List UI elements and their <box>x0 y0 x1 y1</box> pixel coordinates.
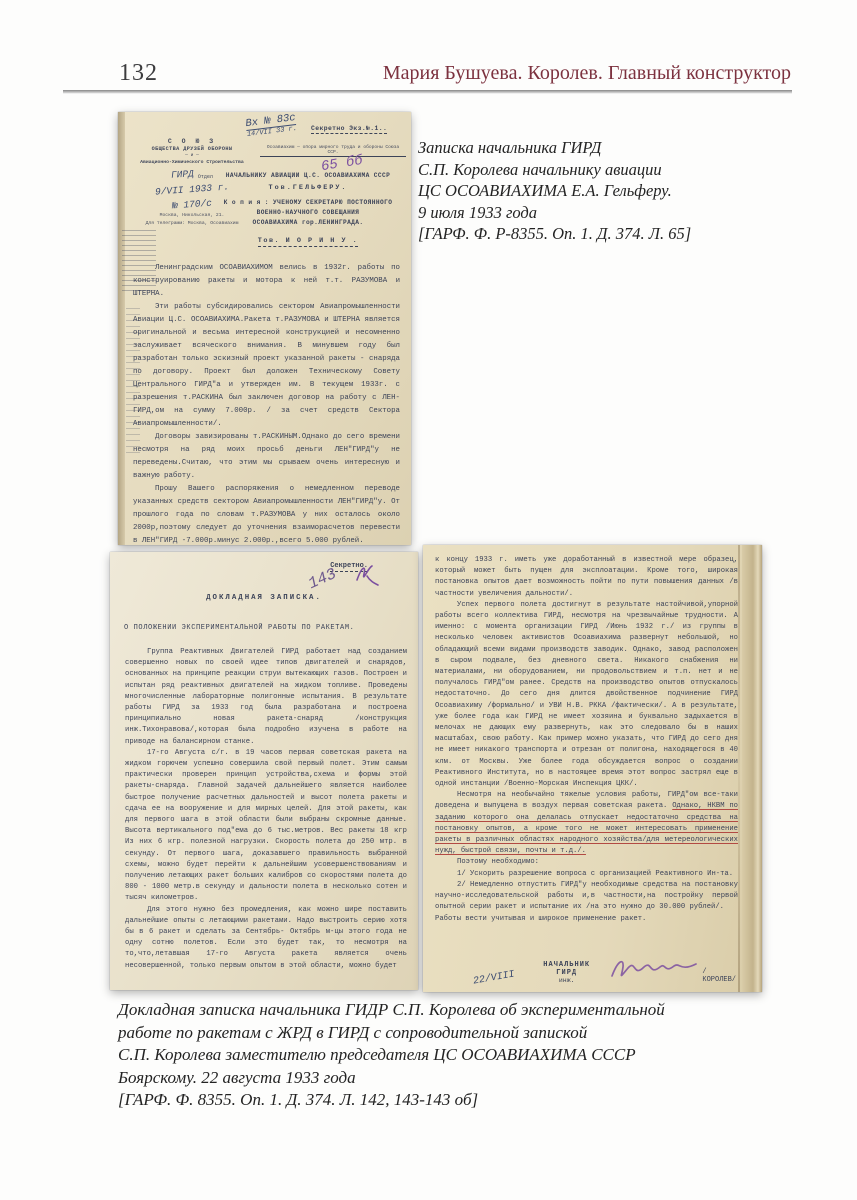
paragraph: Несмотря на необычайно тяжелые условия р… <box>435 790 738 857</box>
signature-block: 22/VIII НАЧАЛЬНИК ГИРД инж. /КОРОЛЕВ/ <box>435 954 738 984</box>
caption-line: ЦС ОСОАВИАХИМА Е.А. Гельферу. <box>418 180 788 202</box>
handwritten-folio-number: 143 <box>306 565 340 593</box>
letter-body: Ленинградским ОСОАВИАХИМОМ велись в 1932… <box>133 262 400 545</box>
letterhead-org: ОБЩЕСТВА ДРУЗЕЙ ОБОРОНЫ <box>128 146 256 152</box>
scan-letter-gird: С О Ю З ОБЩЕСТВА ДРУЗЕЙ ОБОРОНЫ — и — Ав… <box>118 112 411 545</box>
caption-line: Боярскому. 22 августа 1933 года <box>118 1067 768 1090</box>
signature-name: /КОРОЛЕВ/ <box>702 968 736 984</box>
scan-edge <box>118 112 125 545</box>
list-item: 2/ Немедленно отпустить ГИРД"у необходим… <box>435 880 738 914</box>
report-body: Группа Реактивных Двигателей ГИРД работа… <box>125 647 407 972</box>
letterhead-org: Авиационно-Химического Строительства <box>128 160 256 165</box>
paragraph: Успех первого полета достигнут в результ… <box>435 600 738 790</box>
header-rule <box>63 90 792 94</box>
running-title: Мария Бушуева. Королев. Главный конструк… <box>191 62 791 85</box>
handwritten-dept: ГИРД <box>171 168 195 181</box>
incoming-registration-note: Вх № 83с 14/VII 33 г. <box>245 112 298 139</box>
copy-line: ВОЕННО-НАУЧНОГО СОВЕЩАНИЯ <box>210 209 406 216</box>
secret-stamp: Секретно Экз.№.1.. <box>311 125 387 134</box>
letterhead-org: — и — <box>128 153 256 158</box>
copy-line: К о п и я : УЧЕНОМУ СЕКРЕТАРЮ ПОСТОЯННОГ… <box>210 199 406 206</box>
paragraph: Работы вести учитывая и широкое применен… <box>435 914 738 925</box>
page-number: 132 <box>119 60 158 87</box>
signoff-rank: инж. <box>537 977 596 984</box>
handwritten-number: № 170/с <box>172 198 213 212</box>
scan-report-page2: к концу 1933 г. иметь уже доработанный в… <box>423 545 762 992</box>
caption-line: Докладная записка начальника ГИДР С.П. К… <box>118 999 768 1022</box>
paragraph: Ленинградским ОСОАВИАХИМОМ велись в 1932… <box>133 262 400 301</box>
handwritten-date: 22/VIII <box>472 969 515 987</box>
signoff-title: НАЧАЛЬНИК ГИРД <box>537 961 596 977</box>
caption-line: 9 июля 1933 года <box>418 202 788 224</box>
paragraph: Договоры завизированы т.РАСКИНЫМ.Однако … <box>133 431 400 483</box>
scan-fold <box>742 545 762 992</box>
caption-line: Записка начальника ГИРД <box>418 137 788 159</box>
caption-line: работе по ракетам с ЖРД в ГИРД с сопрово… <box>118 1022 768 1045</box>
paragraph: Группа Реактивных Двигателей ГИРД работа… <box>125 647 407 748</box>
report-subtitle: О ПОЛОЖЕНИИ ЭКСПЕРИМЕНТАЛЬНОЙ РАБОТЫ ПО … <box>124 624 354 632</box>
report-title: ДОКЛАДНАЯ ЗАПИСКА. <box>110 594 418 602</box>
caption-line: С.П. Королева заместителю председателя Ц… <box>118 1044 768 1067</box>
korolev-signature-icon <box>606 954 702 984</box>
caption-letter: Записка начальника ГИРД С.П. Королева на… <box>418 137 788 245</box>
scan-report-page1: Секретно. 143 ДОКЛАДНАЯ ЗАПИСКА. О ПОЛОЖ… <box>110 552 418 990</box>
paragraph: Поэтому необходимо: <box>435 857 738 868</box>
book-page: { "colors": { "accent_title": "#7c323f",… <box>0 0 857 1200</box>
signoff-title-column: НАЧАЛЬНИК ГИРД инж. <box>537 961 596 984</box>
purple-check-mark-icon <box>353 562 381 588</box>
caption-line: С.П. Королева начальнику авиации <box>418 159 788 181</box>
paragraph: 17-го Августа с/г. в 19 часов первая сов… <box>125 748 407 905</box>
address-block: НАЧАЛЬНИКУ АВИАЦИИ Ц.С. ОСОАВИАХИМА СССР… <box>210 172 406 250</box>
letterhead-org: С О Ю З <box>128 138 256 145</box>
list-item: 1/ Ускорить разрешение вопроса с организ… <box>435 869 738 880</box>
copy-line: ОСОАВИАХИМА гор.ЛЕНИНГРАДА. <box>210 219 406 226</box>
addressee-line: НАЧАЛЬНИКУ АВИАЦИИ Ц.С. ОСОАВИАХИМА СССР <box>210 172 406 179</box>
paragraph: к концу 1933 г. иметь уже доработанный в… <box>435 555 738 600</box>
caption-archive-reference: [ГАРФ. Ф. Р-8355. Оп. 1. Д. 374. Л. 65] <box>418 223 788 245</box>
letterhead-slogan: Осоавиахим — опора мирного труда и оборо… <box>260 145 406 157</box>
addressee-name: Тов. И О Р И Н У . <box>258 237 358 247</box>
paragraph: Для этого нужно без промедления, как мож… <box>125 905 407 972</box>
paragraph: Эти работы субсидировались сектором Авиа… <box>133 301 400 431</box>
caption-archive-reference: [ГАРФ. Ф. 8355. Оп. 1. Д. 374. Л. 142, 1… <box>118 1089 768 1112</box>
addressee-name: Тов.ГЕЛЬФЕРУ. <box>210 184 406 192</box>
caption-report: Докладная записка начальника ГИДР С.П. К… <box>118 999 768 1112</box>
report-body-continued: к концу 1933 г. иметь уже доработанный в… <box>435 555 738 925</box>
paragraph: Прошу Вашего распоряжения о немедленном … <box>133 483 400 545</box>
scan-crease <box>738 545 740 992</box>
